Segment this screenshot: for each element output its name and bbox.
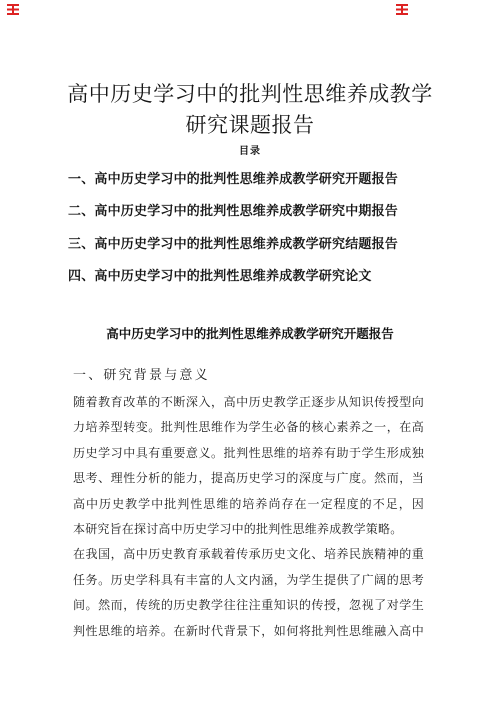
para1-line: 历史学习中具有重要意义。批判性思维的培养有助于学生形成独立 xyxy=(73,441,424,466)
toc-item-4: 四、高中历史学习中的批判性思维养成教学研究论文 xyxy=(68,260,460,292)
document-page: 高中历史学习中的批判性思维养成教学 研究课题报告 目录 一、高中历史学习中的批判… xyxy=(0,0,500,707)
para2-line: 判性思维的培养。在新时代背景下，如何将批判性思维融入高中历 xyxy=(73,619,424,644)
para1-line: 力培养型转变。批判性思维作为学生必备的核心素养之一，在高中 xyxy=(73,415,424,440)
para2-line: 任务。历史学科具有丰富的人文内涵，为学生提供了广阔的思考空 xyxy=(73,568,424,593)
report-heading: 高中历史学习中的批判性思维养成教学研究开题报告 xyxy=(0,324,500,342)
document-title-line-1: 高中历史学习中的批判性思维养成教学 xyxy=(0,79,500,110)
section-heading: 一、研究背景与意义 xyxy=(73,364,210,383)
toc-item-1: 一、高中历史学习中的批判性思维养成教学研究开题报告 xyxy=(68,163,460,195)
red-watermark-icon xyxy=(396,4,408,15)
para1-line: 思考、理性分析的能力，提高历史学习的深度与广度。然而，当前 xyxy=(73,466,424,491)
toc-item-2: 二、高中历史学习中的批判性思维养成教学研究中期报告 xyxy=(68,195,460,227)
document-title-line-2: 研究课题报告 xyxy=(0,110,500,141)
toc-item-3: 三、高中历史学习中的批判性思维养成教学研究结题报告 xyxy=(68,228,460,260)
para1-line: 本研究旨在探讨高中历史学习中的批判性思维养成教学策略。 xyxy=(73,517,424,542)
para2-line: 间。然而，传统的历史教学往往注重知识的传授，忽视了对学生批 xyxy=(73,593,424,618)
para1-line: 随着教育改革的不断深入，高中历史教学正逐步从知识传授型向能 xyxy=(73,390,424,415)
document-title: 高中历史学习中的批判性思维养成教学 研究课题报告 xyxy=(0,79,500,141)
toc-heading: 目录 xyxy=(0,142,500,157)
red-watermark-icon xyxy=(7,4,19,15)
para2-line: 在我国，高中历史教育承载着传承历史文化、培养民族精神的重要 xyxy=(73,542,424,567)
para1-line: 高中历史教学中批判性思维的培养尚存在一定程度的不足，因此， xyxy=(73,492,424,517)
report-body: 随着教育改革的不断深入，高中历史教学正逐步从知识传授型向能 力培养型转变。批判性… xyxy=(73,390,424,644)
table-of-contents: 一、高中历史学习中的批判性思维养成教学研究开题报告 二、高中历史学习中的批判性思… xyxy=(68,163,460,292)
